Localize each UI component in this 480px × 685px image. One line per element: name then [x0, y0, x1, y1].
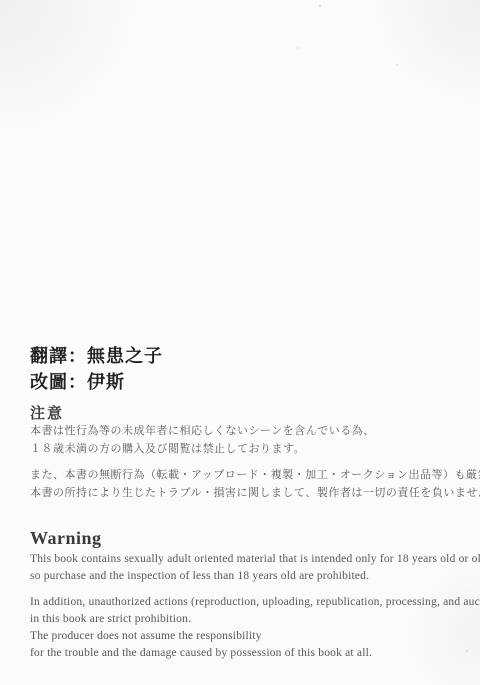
notice-jp-line: 本書の所持により生じたトラブル・損害に関しまして、製作者は一切の責任を負いません… — [30, 485, 480, 503]
translation-credits: 翻譯：無患之子 改圖：伊斯 — [30, 343, 163, 395]
warning-en-line: for the trouble and the damage caused by… — [30, 645, 480, 662]
warning-en-line: so purchase and the inspection of less t… — [30, 568, 480, 585]
credit-line-translator: 翻譯：無患之子 — [30, 343, 163, 369]
warning-paragraph-en-1: This book contains sexually adult orient… — [30, 551, 480, 585]
credit-line-editor: 改圖：伊斯 — [30, 369, 163, 395]
warning-en-line: in this book are strict prohibition. — [30, 611, 480, 628]
scan-speck — [297, 47, 299, 49]
warning-en-line: In addition, unauthorized actions (repro… — [30, 594, 480, 611]
notice-paragraph-jp-2: また、本書の無断行為（転載・アップロード・複製・加工・オークション出品等）も厳禁… — [30, 467, 480, 502]
scan-speck — [319, 5, 321, 7]
warning-en-line: The producer does not assume the respons… — [30, 628, 480, 645]
notice-heading-jp: 注意 — [30, 402, 64, 423]
notice-jp-line: １８歳未満の方の購入及び閲覧は禁止しております。 — [30, 441, 375, 459]
warning-heading-en: Warning — [30, 528, 102, 549]
warning-en-line: This book contains sexually adult orient… — [30, 551, 480, 568]
warning-paragraph-en-2: In addition, unauthorized actions (repro… — [30, 594, 480, 662]
notice-jp-line: 本書は性行為等の未成年者に相応しくないシーンを含んでいる為、 — [30, 423, 375, 441]
scan-speck — [396, 64, 398, 66]
notice-jp-line: また、本書の無断行為（転載・アップロード・複製・加工・オークション出品等）も厳禁… — [30, 467, 480, 485]
scanned-page: 翻譯：無患之子 改圖：伊斯 注意 本書は性行為等の未成年者に相応しくないシーンを… — [0, 0, 480, 685]
notice-paragraph-jp-1: 本書は性行為等の未成年者に相応しくないシーンを含んでいる為、 １８歳未満の方の購… — [30, 423, 375, 458]
